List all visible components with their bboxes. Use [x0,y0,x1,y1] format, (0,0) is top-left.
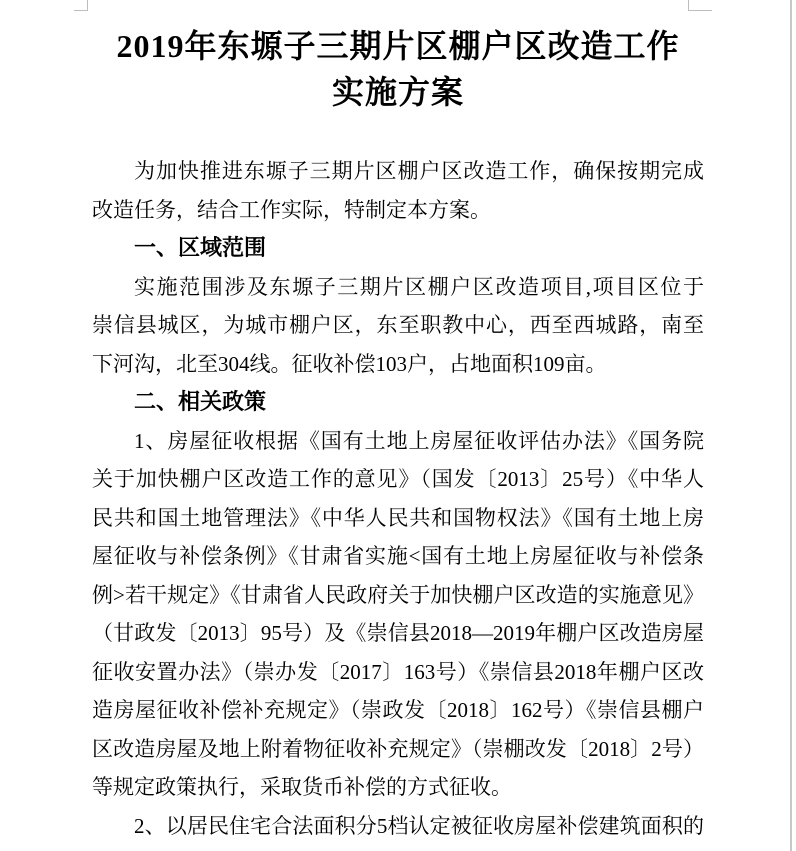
margin-corner-mark-left [74,0,88,11]
page-right-edge-line [790,0,792,851]
title-line-2: 实施方案 [92,69,704,115]
paragraph-line: 民共和国土地管理法》《中华人民共和国物权法》《国有土地上房 [92,499,704,538]
paragraph-line: （甘政发〔2013〕95号）及《崇信县2018—2019年棚户区改造房屋 [92,614,704,653]
paragraph-line: 为加快推进东塬子三期片区棚户区改造工作，确保按期完成 [92,152,704,191]
paragraph-line: 崇信县城区，为城市棚户区，东至职教中心，西至西城路，南至 [92,306,704,345]
paragraph-line: 2、以居民住宅合法面积分5档认定被征收房屋补偿建筑面积的 [92,807,704,846]
paragraph-line: 区改造房屋及地上附着物征收补充规定》（崇棚改发〔2018〕2号） [92,730,704,769]
paragraph-line: 征收安置办法》（崇办发〔2017〕163号）《崇信县2018年棚户区改 [92,653,704,692]
paragraph-line: 例>若干规定》《甘肃省人民政府关于加快棚户区改造的实施意见》 [92,576,704,615]
section-heading-2: 二、相关政策 [92,383,704,422]
document-title: 2019年东塬子三期片区棚户区改造工作 实施方案 [92,0,704,115]
paragraph-line: 1、房屋征收根据《国有土地上房屋征收评估办法》《国务院 [92,422,704,461]
paragraph-line: 等规定政策执行，采取货币补偿的方式征收。 [92,768,704,807]
paragraph-line: 实施范围涉及东塬子三期片区棚户区改造项目,项目区位于 [92,268,704,307]
paragraph-line: 造房屋征收补偿补充规定》（崇政发〔2018〕162号）《崇信县棚户 [92,691,704,730]
document-page: 2019年东塬子三期片区棚户区改造工作 实施方案 为加快推进东塬子三期片区棚户区… [0,0,796,851]
document-content: 2019年东塬子三期片区棚户区改造工作 实施方案 为加快推进东塬子三期片区棚户区… [92,0,704,845]
paragraph-line: 改造任务，结合工作实际，特制定本方案。 [92,191,704,230]
paragraph-line: 屋征收与补偿条例》《甘肃省实施<国有土地上房屋征收与补偿条 [92,537,704,576]
title-line-1: 2019年东塬子三期片区棚户区改造工作 [92,23,704,69]
paragraph-line: 下河沟，北至304线。征收补偿103户，占地面积109亩。 [92,345,704,384]
document-body: 为加快推进东塬子三期片区棚户区改造工作，确保按期完成 改造任务，结合工作实际，特… [92,152,704,845]
paragraph-line: 关于加快棚户区改造工作的意见》（国发〔2013〕25号）《中华人 [92,460,704,499]
section-heading-1: 一、区域范围 [92,229,704,268]
